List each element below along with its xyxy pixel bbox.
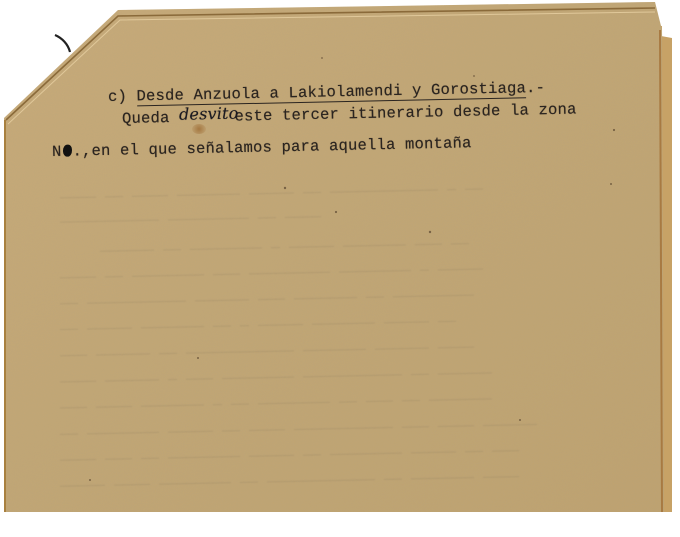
scanned-document: ──── ── ──── ─────── ───── ── ──────────… bbox=[0, 0, 680, 537]
heading-prefix: c) bbox=[108, 88, 127, 106]
text-n: N bbox=[52, 143, 62, 161]
text-mark: ., bbox=[72, 142, 91, 160]
ink-blot-icon bbox=[62, 145, 71, 157]
handwritten-insertion: desvito bbox=[179, 104, 239, 124]
heading-suffix: .- bbox=[526, 79, 545, 97]
text-queda: Queda bbox=[122, 109, 170, 128]
